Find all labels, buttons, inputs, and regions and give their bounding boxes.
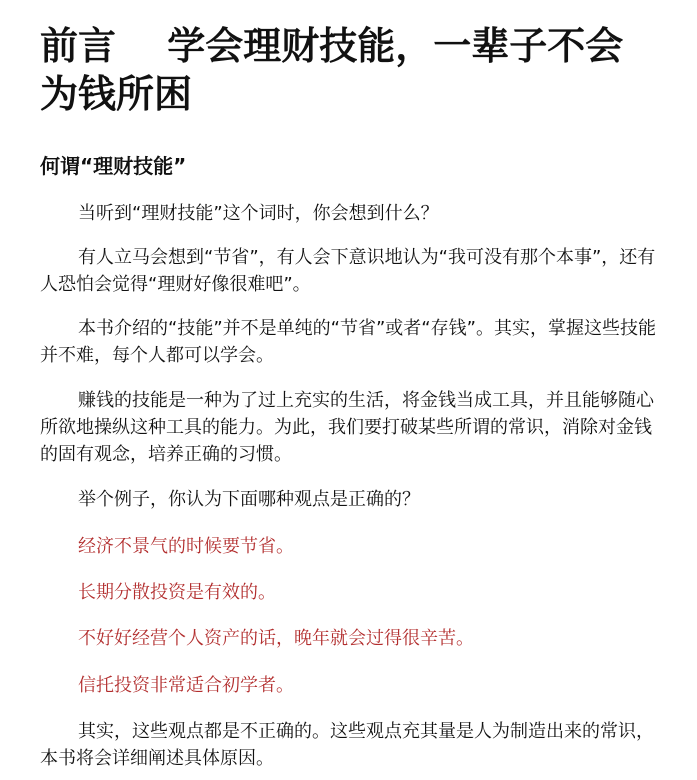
section-heading: 何谓“理财技能” bbox=[40, 150, 186, 179]
paragraph: 有人立马会想到“节省”，有人会下意识地认为“我可没有那个本事”，还有人恐怕会觉得… bbox=[40, 244, 665, 298]
closing-paragraph: 其实，这些观点都是不正确的。这些观点充其量是人为制造出来的常识，本书将会详细阐述… bbox=[40, 718, 665, 772]
paragraph: 当听到“理财技能”这个词时，你会想到什么？ bbox=[40, 200, 665, 227]
highlighted-statement: 不好好经营个人资产的话，晚年就会过得很辛苦。 bbox=[40, 625, 665, 652]
highlighted-statement: 经济不景气的时候要节省。 bbox=[40, 533, 665, 560]
chapter-title: 前言 学会理财技能，一辈子不会为钱所困 bbox=[40, 22, 660, 118]
highlighted-statement: 信托投资非常适合初学者。 bbox=[40, 672, 665, 699]
paragraph: 赚钱的技能是一种为了过上充实的生活，将金钱当成工具，并且能够随心所欲地操纵这种工… bbox=[40, 387, 665, 468]
highlighted-statement: 长期分散投资是有效的。 bbox=[40, 579, 665, 606]
paragraph: 举个例子，你认为下面哪种观点是正确的？ bbox=[40, 486, 665, 513]
paragraph: 本书介绍的“技能”并不是单纯的“节省”或者“存钱”。其实，掌握这些技能并不难，每… bbox=[40, 315, 665, 369]
